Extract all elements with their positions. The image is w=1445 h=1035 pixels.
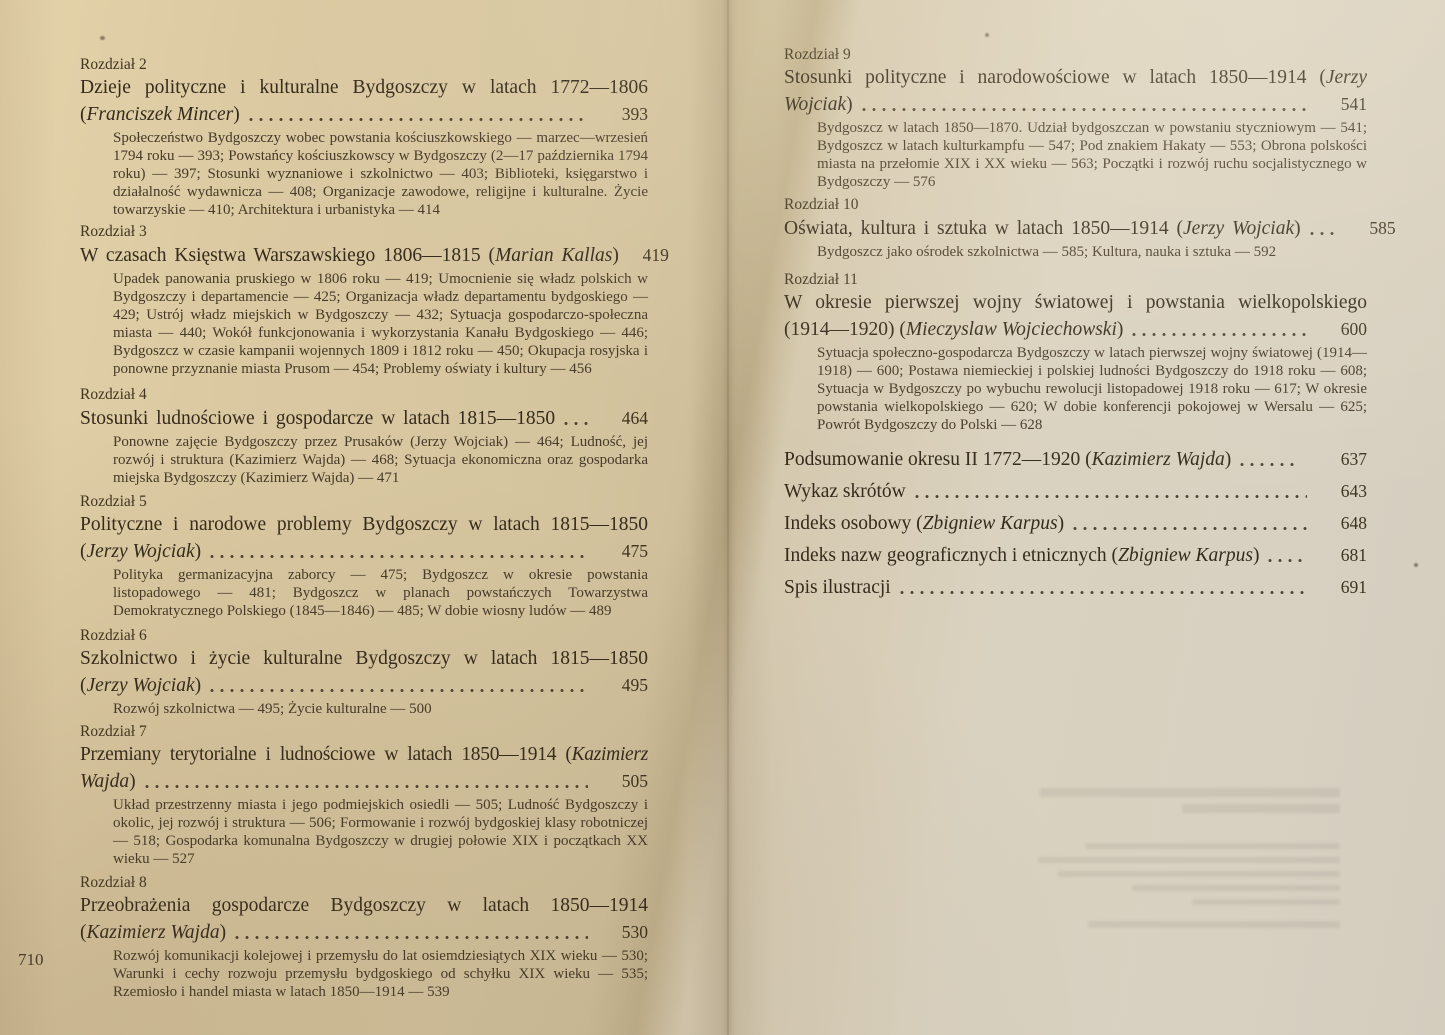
- dot-leader: [145, 783, 588, 790]
- chapter-label: Rozdział 2: [80, 55, 648, 75]
- chapter-label: Rozdział 7: [80, 722, 648, 742]
- show-through-line: [1132, 885, 1340, 891]
- show-through-line: [1058, 871, 1340, 877]
- chapter-summary: Sytuacja społeczno-gospodarcza Bydgoszcz…: [784, 344, 1367, 434]
- page-ref: 475: [598, 538, 648, 564]
- chapter-title: Stosunki polityczne i narodowościowe w l…: [784, 65, 1367, 91]
- entry-text: Wykaz skrótów: [784, 479, 906, 505]
- title-text: Polityczne i narodowe problemy Bydgoszcz…: [80, 514, 648, 535]
- title-text: W okresie pierwszej wojny światowej i po…: [784, 292, 1367, 313]
- toc-entry-podsumowanie: Podsumowanie okresu II 1772—1920 (Kazimi…: [784, 446, 1367, 473]
- page-ref: 393: [598, 101, 648, 127]
- toc-entry-indeks-nazw: Indeks nazw geograficznych i etnicznych …: [784, 542, 1367, 569]
- chapter-author-line: (Jerzy Wojciak) 495: [80, 672, 648, 699]
- entry-text: Indeks nazw geograficznych i etnicznych …: [784, 543, 1259, 569]
- chapter-label: Rozdział 8: [80, 873, 648, 893]
- dot-leader: [900, 589, 1307, 596]
- dot-leader: [210, 553, 588, 560]
- paper-speck: [1414, 563, 1418, 567]
- author-text: (Franciszek Mincer): [80, 102, 240, 128]
- toc-chapter-11: Rozdział 11 W okresie pierwszej wojny św…: [784, 270, 1367, 434]
- title-text: Przeobrażenia gospodarcze Bydgoszczy w l…: [80, 895, 648, 916]
- chapter-summary: Bydgoszcz w latach 1850—1870. Udział byd…: [784, 119, 1367, 191]
- toc-chapter-7: Rozdział 7 Przemiany terytorialne i ludn…: [80, 722, 648, 868]
- dot-leader: [235, 934, 588, 941]
- toc-chapter-9: Rozdział 9 Stosunki polityczne i narodow…: [784, 45, 1367, 191]
- dot-leader: [1073, 525, 1307, 532]
- chapter-author-line: (1914—1920) (Mieczyslaw Wojciechowski) 6…: [784, 316, 1367, 343]
- toc-chapter-4: Rozdział 4 Stosunki ludnościowe i gospod…: [80, 385, 648, 487]
- title-text: Oświata, kultura i sztuka w latach 1850—…: [784, 216, 1301, 242]
- dot-leader: [1132, 331, 1307, 338]
- book-gutter-shadow: [688, 0, 774, 1035]
- paper-speck: [985, 33, 989, 37]
- toc-entry-spis-ilustracji: Spis ilustracji 691: [784, 574, 1367, 601]
- folio-page-number: 710: [18, 950, 44, 970]
- author-text: (Jerzy Wojciak): [80, 539, 201, 565]
- chapter-summary: Ponowne zajęcie Bydgoszczy przez Prusakó…: [80, 433, 648, 487]
- chapter-title-line: Stosunki ludnościowe i gospodarcze w lat…: [80, 405, 648, 432]
- chapter-label: Rozdział 4: [80, 385, 648, 405]
- chapter-label: Rozdział 5: [80, 492, 648, 512]
- page-ref: 600: [1317, 316, 1367, 342]
- show-through-line: [1192, 899, 1340, 905]
- toc-chapter-2: Rozdział 2 Dzieje polityczne i kulturaln…: [80, 55, 648, 219]
- toc-chapter-3: Rozdział 3 W czasach Księstwa Warszawski…: [80, 222, 648, 378]
- page-ref: 541: [1317, 91, 1367, 117]
- title-text: Stosunki ludnościowe i gospodarcze w lat…: [80, 406, 555, 432]
- show-through-line: [1088, 921, 1340, 928]
- end-matter: Podsumowanie okresu II 1772—1920 (Kazimi…: [784, 446, 1367, 601]
- toc-chapter-8: Rozdział 8 Przeobrażenia gospodarcze Byd…: [80, 873, 648, 1001]
- chapter-summary: Społeczeństwo Bydgoszczy wobec powstania…: [80, 129, 648, 219]
- show-through-line: [1038, 857, 1340, 863]
- chapter-label: Rozdział 9: [784, 45, 1367, 65]
- toc-chapter-5: Rozdział 5 Polityczne i narodowe problem…: [80, 492, 648, 620]
- toc-chapter-10: Rozdział 10 Oświata, kultura i sztuka w …: [784, 195, 1367, 261]
- toc-right-page: Rozdział 9 Stosunki polityczne i narodow…: [784, 45, 1367, 606]
- page-ref: 530: [598, 919, 648, 945]
- page-ref: 648: [1317, 510, 1367, 536]
- chapter-label: Rozdział 6: [80, 626, 648, 646]
- author-text: (Jerzy Wojciak): [80, 673, 201, 699]
- page-ref: 464: [598, 405, 648, 431]
- title-text: Szkolnictwo i życie kulturalne Bydgoszcz…: [80, 648, 648, 669]
- book-gutter-crease: [727, 0, 729, 1035]
- author-text: Wajda): [80, 769, 136, 795]
- show-through-line: [1182, 804, 1340, 813]
- show-through-text: [1002, 788, 1340, 928]
- dot-leader: [915, 493, 1307, 500]
- chapter-title: Szkolnictwo i życie kulturalne Bydgoszcz…: [80, 646, 648, 672]
- chapter-summary: Polityka germanizacyjna zaborcy — 475; B…: [80, 566, 648, 620]
- dot-leader: [210, 687, 588, 694]
- chapter-author-line: Wojciak) 541: [784, 91, 1367, 118]
- toc-entry-indeks-osobowy: Indeks osobowy (Zbigniew Karpus) 648: [784, 510, 1367, 537]
- show-through-line: [1040, 788, 1340, 797]
- chapter-label: Rozdział 3: [80, 222, 648, 242]
- show-through-line: [1085, 843, 1340, 849]
- dot-leader: [1268, 557, 1307, 564]
- chapter-summary: Układ przestrzenny miasta i jego podmiej…: [80, 796, 648, 868]
- page-ref: 691: [1317, 574, 1367, 600]
- author-text: Wojciak): [784, 92, 853, 118]
- page-ref: 495: [598, 672, 648, 698]
- chapter-label: Rozdział 11: [784, 270, 1367, 290]
- chapter-title-line: W czasach Księstwa Warszawskiego 1806—18…: [80, 242, 648, 269]
- paper-speck: [100, 36, 105, 40]
- toc-entry-wykaz-skrotow: Wykaz skrótów 643: [784, 478, 1367, 505]
- page-ref: 643: [1317, 478, 1367, 504]
- entry-text: Podsumowanie okresu II 1772—1920 (Kazimi…: [784, 447, 1231, 473]
- chapter-title: Przeobrażenia gospodarcze Bydgoszczy w l…: [80, 893, 648, 919]
- dot-leader: [1240, 461, 1298, 468]
- title-text: Stosunki polityczne i narodowościowe w l…: [784, 67, 1326, 88]
- chapter-author-line: (Franciszek Mincer) 393: [80, 101, 648, 128]
- dot-leader: [862, 106, 1307, 113]
- page-ref: 637: [1317, 446, 1367, 472]
- page-ref: 505: [598, 768, 648, 794]
- chapter-author-line: (Jerzy Wojciak) 475: [80, 538, 648, 565]
- chapter-title: Przemiany terytorialne i ludnościowe w l…: [80, 742, 648, 768]
- toc-left-page: Rozdział 2 Dzieje polityczne i kulturaln…: [80, 55, 648, 1001]
- chapter-title: W okresie pierwszej wojny światowej i po…: [784, 290, 1367, 316]
- chapter-title: Polityczne i narodowe problemy Bydgoszcz…: [80, 512, 648, 538]
- page-ref: 681: [1317, 542, 1367, 568]
- chapter-author-line: (Kazimierz Wajda) 530: [80, 919, 648, 946]
- entry-text: Spis ilustracji: [784, 575, 891, 601]
- title-text: Przemiany terytorialne i ludnościowe w l…: [80, 744, 572, 765]
- title-text: Dzieje polityczne i kulturalne Bydgoszcz…: [80, 77, 648, 98]
- author-text: (1914—1920) (Mieczyslaw Wojciechowski): [784, 317, 1123, 343]
- page-ref: 585: [1346, 215, 1396, 241]
- author-text: (Kazimierz Wajda): [80, 920, 226, 946]
- entry-text: Indeks osobowy (Zbigniew Karpus): [784, 511, 1064, 537]
- chapter-summary: Rozwój komunikacji kolejowej i przemysłu…: [80, 947, 648, 1001]
- chapter-summary: Bydgoszcz jako ośrodek szkolnictwa — 585…: [784, 243, 1367, 261]
- chapter-title: Dzieje polityczne i kulturalne Bydgoszcz…: [80, 75, 648, 101]
- chapter-summary: Rozwój szkolnictwa — 495; Życie kultural…: [80, 700, 648, 718]
- chapter-title-line: Oświata, kultura i sztuka w latach 1850—…: [784, 215, 1367, 242]
- chapter-summary: Upadek panowania pruskiego w 1806 roku —…: [80, 270, 648, 378]
- dot-leader: [249, 116, 588, 123]
- chapter-author-line: Wajda) 505: [80, 768, 648, 795]
- toc-chapter-6: Rozdział 6 Szkolnictwo i życie kulturaln…: [80, 626, 648, 718]
- page-ref: 419: [619, 242, 669, 268]
- title-text: W czasach Księstwa Warszawskiego 1806—18…: [80, 243, 619, 269]
- dot-leader: [1310, 230, 1336, 237]
- chapter-label: Rozdział 10: [784, 195, 1367, 215]
- dot-leader: [564, 420, 588, 427]
